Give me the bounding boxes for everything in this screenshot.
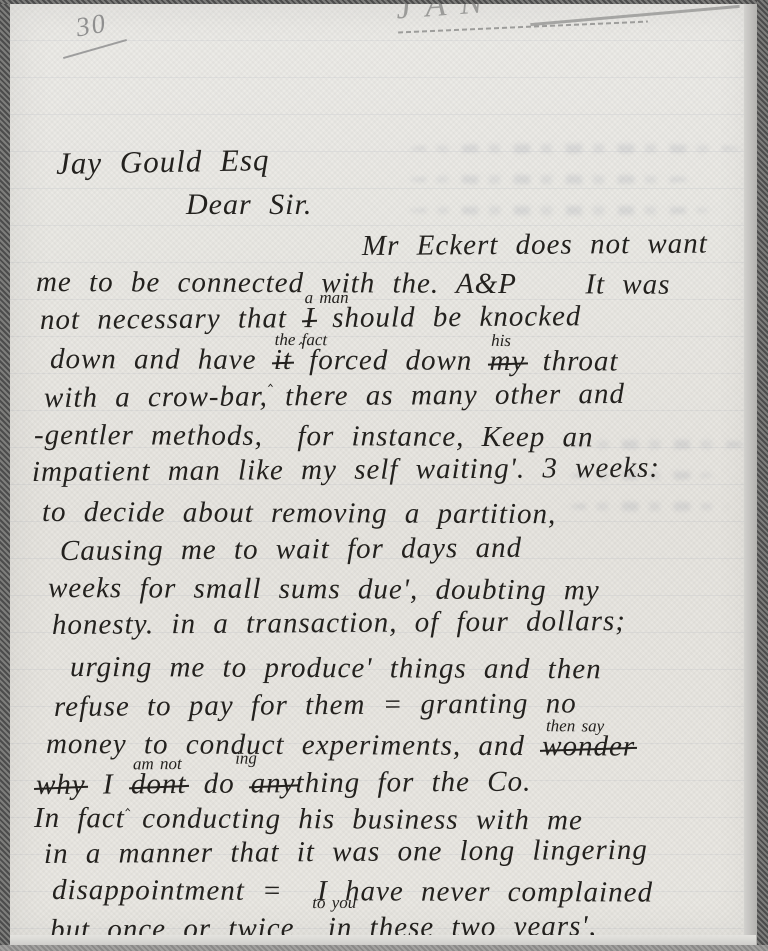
text-run: not necessary that — [40, 302, 304, 336]
text-run: with a crow-bar, there as many other and — [44, 378, 625, 414]
letter-line: down and have itthe fact forced down myh… — [50, 343, 619, 378]
scan-border — [0, 0, 768, 4]
text-run: -gentler methods, for instance, Keep an — [34, 419, 594, 453]
letter-text: refuse to pay for them = granting no — [54, 687, 577, 724]
letter-paper: 30 JAN Jay Gould Esq Dear Sir. Mr Eckert… — [10, 4, 756, 941]
letter-line: refuse to pay for them = granting no — [54, 687, 577, 724]
text-run: thing for the Co. — [295, 766, 531, 800]
interline-insertion: his — [491, 331, 511, 351]
letter-line: Mr Eckert does not want — [362, 228, 708, 263]
pencil-page-number: 30 — [74, 8, 110, 44]
text-run: in a manner that it was one long lingeri… — [44, 834, 648, 870]
letter-text: thing for the Co. — [295, 766, 531, 801]
letter-text: forced down — [292, 344, 490, 378]
scanned-letter-page: { "colors": { "ink": "#23211e", "pencil"… — [0, 0, 768, 951]
letter-text: -gentler methods, for instance, Keep an — [34, 419, 594, 454]
scan-border — [0, 0, 10, 951]
paper-edge-shadow — [10, 935, 756, 945]
text-run: In fact conducting his business with me — [34, 802, 583, 836]
struck-text: why — [36, 769, 86, 802]
letter-line: In fact conducting his business with me — [34, 802, 583, 837]
letter-line: weeks for small sums due', doubting my — [48, 572, 600, 607]
letter-text: to decide about removing a partition, — [42, 496, 556, 531]
pencil-date-fragment: JAN — [395, 0, 498, 27]
letter-text: Causing me to wait for days and — [60, 532, 522, 568]
strikethrough: any — [251, 767, 296, 800]
letter-line: honesty. in a transaction, of four dolla… — [52, 605, 626, 642]
strikethrough: why — [36, 769, 86, 802]
letter-text: urging me to produce' things and then — [70, 651, 602, 686]
bleed-through-ghost — [410, 144, 740, 237]
letter-line: to decide about removing a partition, — [42, 496, 556, 531]
struck-text: myhis — [490, 345, 526, 378]
text-run: forced down — [292, 344, 490, 377]
text-run: do — [186, 768, 234, 800]
struck-text: any — [251, 767, 296, 800]
paper-edge-shadow — [744, 0, 757, 951]
interline-insertion: am not — [133, 754, 182, 774]
ghost-stroke — [570, 502, 728, 511]
text-run: urging me to produce' things and then — [70, 651, 602, 685]
letter-line: me to be connected with the. A&P It was — [36, 266, 671, 302]
letter-line: Causing me to wait for days and — [60, 532, 522, 568]
letter-line: with a crow-bar, there as many other and — [44, 378, 625, 415]
letter-line: why I dontam not doinganything for the C… — [36, 762, 532, 802]
text-run: Causing me to wait for days and — [60, 532, 522, 567]
letter-line: impatient man like my self waiting'. 3 w… — [32, 452, 660, 489]
salutation: Dear Sir. — [186, 188, 312, 222]
text-run: down and have — [50, 343, 274, 376]
text-run: impatient man like my self waiting'. 3 w… — [32, 452, 660, 488]
letter-text: in a manner that it was one long lingeri… — [44, 834, 648, 871]
letter-line: urging me to produce' things and then — [70, 651, 602, 686]
text-run: should be knocked — [315, 300, 582, 334]
letter-line: -gentler methods, for instance, Keep an — [34, 419, 594, 454]
interline-insertion: then say — [546, 716, 604, 736]
letter-text: throat — [525, 345, 618, 378]
ghost-stroke — [410, 144, 740, 153]
text-run: refuse to pay for them = granting no — [54, 687, 577, 723]
letter-text: money to conduct experiments, and — [46, 728, 542, 763]
letter-text: In fact conducting his business with me — [34, 802, 583, 837]
text-run: weeks for small sums due', doubting my — [48, 572, 600, 606]
text-run: money to conduct experiments, and — [46, 728, 542, 762]
letter-text: should be knocked — [315, 300, 582, 335]
text-run: to decide about removing a partition, — [42, 496, 556, 530]
pencil-page-number-underline — [63, 39, 127, 59]
letter-text: do — [186, 768, 234, 801]
text-run: throat — [525, 345, 618, 377]
letter-text: impatient man like my self waiting'. 3 w… — [32, 452, 660, 489]
letter-text: weeks for small sums due', doubting my — [48, 572, 600, 607]
ghost-stroke — [410, 175, 694, 184]
text-run: honesty. in a transaction, of four dolla… — [52, 605, 626, 641]
letter-line: in a manner that it was one long lingeri… — [44, 834, 648, 871]
struck-text: wonderthen say — [542, 730, 635, 763]
letter-text: with a crow-bar, there as many other and — [44, 378, 625, 415]
scan-border — [0, 945, 768, 951]
recipient-address: Jay Gould Esq — [56, 142, 270, 182]
struck-text: itthe fact — [274, 344, 292, 377]
letter-text: down and have — [50, 343, 274, 377]
inserted-text: to you — [312, 908, 328, 937]
struck-text: dontam not — [131, 768, 187, 801]
letter-text: not necessary that — [40, 302, 304, 337]
scan-border — [757, 0, 768, 951]
ghost-stroke — [570, 440, 750, 449]
letter-text: me to be connected with the. A&P It was — [36, 266, 671, 302]
ghost-stroke — [410, 206, 720, 215]
letter-text: honesty. in a transaction, of four dolla… — [52, 605, 626, 642]
text-run: Mr Eckert does not want — [362, 228, 708, 262]
interline-insertion: to you — [312, 893, 356, 913]
letter-text: Mr Eckert does not want — [362, 228, 708, 263]
text-run: me to be connected with the. A&P It was — [36, 266, 671, 301]
interline-insertion: ing — [235, 749, 257, 769]
